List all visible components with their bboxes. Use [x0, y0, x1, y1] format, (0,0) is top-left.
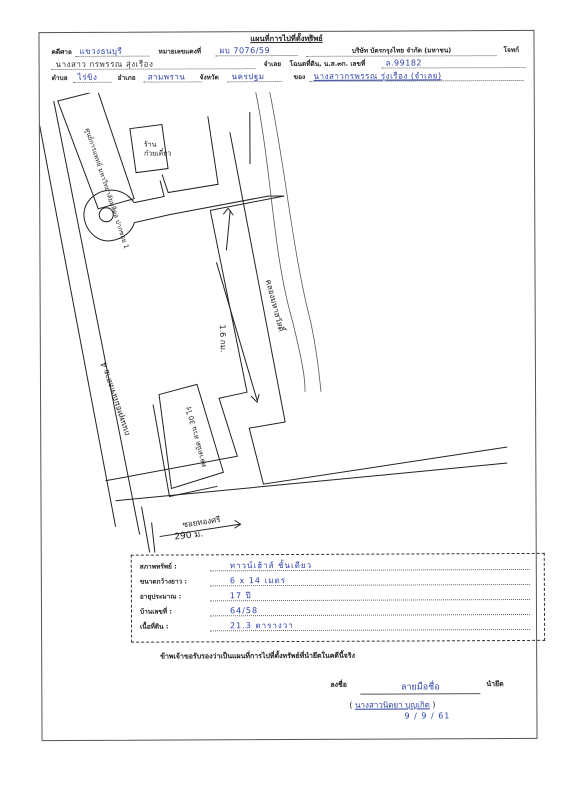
- property-age-label: อายุประมาณ :: [140, 591, 181, 601]
- property-size-value: 6 x 14 เมตร: [210, 575, 530, 586]
- map-label-noodle-shop: ร้าน ก๋วยเตี๋ยว: [144, 141, 164, 159]
- printed-name-row: ( นางสาวนิตยา บุญเกิด ): [349, 698, 435, 711]
- signature: ลายมือชื่อ: [360, 679, 480, 695]
- black-case-value: ผบ 7076/59: [216, 46, 298, 56]
- document-frame: แผนที่การไปที่ตั้งทรัพย์ คดีศาล แขวงธนบุ…: [38, 30, 537, 741]
- province-value: นครปฐม: [228, 72, 282, 82]
- plaintiff-value: บริษัท บัตรกรุงไทย จำกัด (มหาชน): [307, 45, 497, 57]
- case-label: คดีศาล: [52, 47, 72, 57]
- property-area-value: 21.3 ตารางวา: [210, 620, 530, 631]
- subdistrict-value: ไร่ขิง: [74, 73, 112, 83]
- property-info-box: สภาพทรัพย์ : ทาวน์เฮ้าส์ ชั้นเดียว ขนาดก…: [131, 553, 545, 643]
- owner-value: นางสาวกรพรรณ รุ่งเรือง (จำเลย): [310, 71, 524, 82]
- property-age-value: 17 ปี: [210, 590, 530, 601]
- defendant-suffix: จำเลย: [264, 59, 282, 69]
- header-row-case: คดีศาล แขวงธนบุรี หมายเลขแดงที่ ผบ 7076/…: [52, 45, 524, 59]
- property-size-label: ขนาดกว้างยาว :: [140, 576, 187, 586]
- map-drawing: [40, 91, 536, 553]
- deed-value: ล.99182: [382, 58, 526, 69]
- district-label: อำเภอ: [118, 73, 136, 83]
- signer-role: นำยึด: [486, 679, 503, 690]
- defendant-value: นางสาว กรพรรณ สุ่งเรือง: [52, 59, 256, 70]
- property-house-no-value: 64/58: [210, 605, 530, 616]
- map-label-distance-main: 1.6 กม.: [216, 324, 230, 352]
- province-label: จังหวัด: [200, 72, 219, 82]
- black-case-label: หมายเลขแดงที่: [159, 46, 202, 56]
- printed-name: นางสาวนิตยา บุญเกิด: [355, 700, 430, 709]
- property-area-label: เนื้อที่ดิน :: [140, 622, 168, 632]
- subdistrict-label: ตำบล: [52, 73, 68, 83]
- document-title: แผนที่การไปที่ตั้งทรัพย์: [39, 32, 533, 46]
- district-value: สามพราน: [144, 72, 202, 82]
- case-value: แขวงธนบุรี: [76, 47, 150, 57]
- sign-label: ลงชื่อ: [330, 680, 347, 691]
- property-type-value: ทาวน์เฮ้าส์ ชั้นเดียว: [210, 560, 530, 571]
- location-map: ศูนย์การแพทย์ มหาวิทยาลัยมหิดล ปากซอย 1 …: [40, 91, 536, 553]
- header-row-defendant: นางสาว กรพรรณ สุ่งเรือง จำเลย โฉนดที่ดิน…: [52, 58, 524, 72]
- property-house-no-label: บ้านเลขที่ :: [140, 607, 172, 617]
- header-row-location: ตำบล ไร่ขิง อำเภอ สามพราน จังหวัด นครปฐม…: [52, 71, 524, 85]
- deed-label: โฉนดที่ดิน, น.ส.๓ก. เลขที่: [290, 59, 366, 69]
- certification-statement: ข้าพเจ้าขอรับรองว่าเป็นแผนที่การไปที่ตั้…: [160, 651, 355, 663]
- plaintiff-label: โจทก์: [504, 45, 520, 55]
- signature-date: 9 / 9 / 61: [404, 711, 450, 720]
- property-type-label: สภาพทรัพย์ :: [140, 561, 177, 571]
- owner-label: ของ: [294, 72, 306, 82]
- signature-row: ลงชื่อ ลายมือชื่อ นำยึด: [330, 679, 530, 692]
